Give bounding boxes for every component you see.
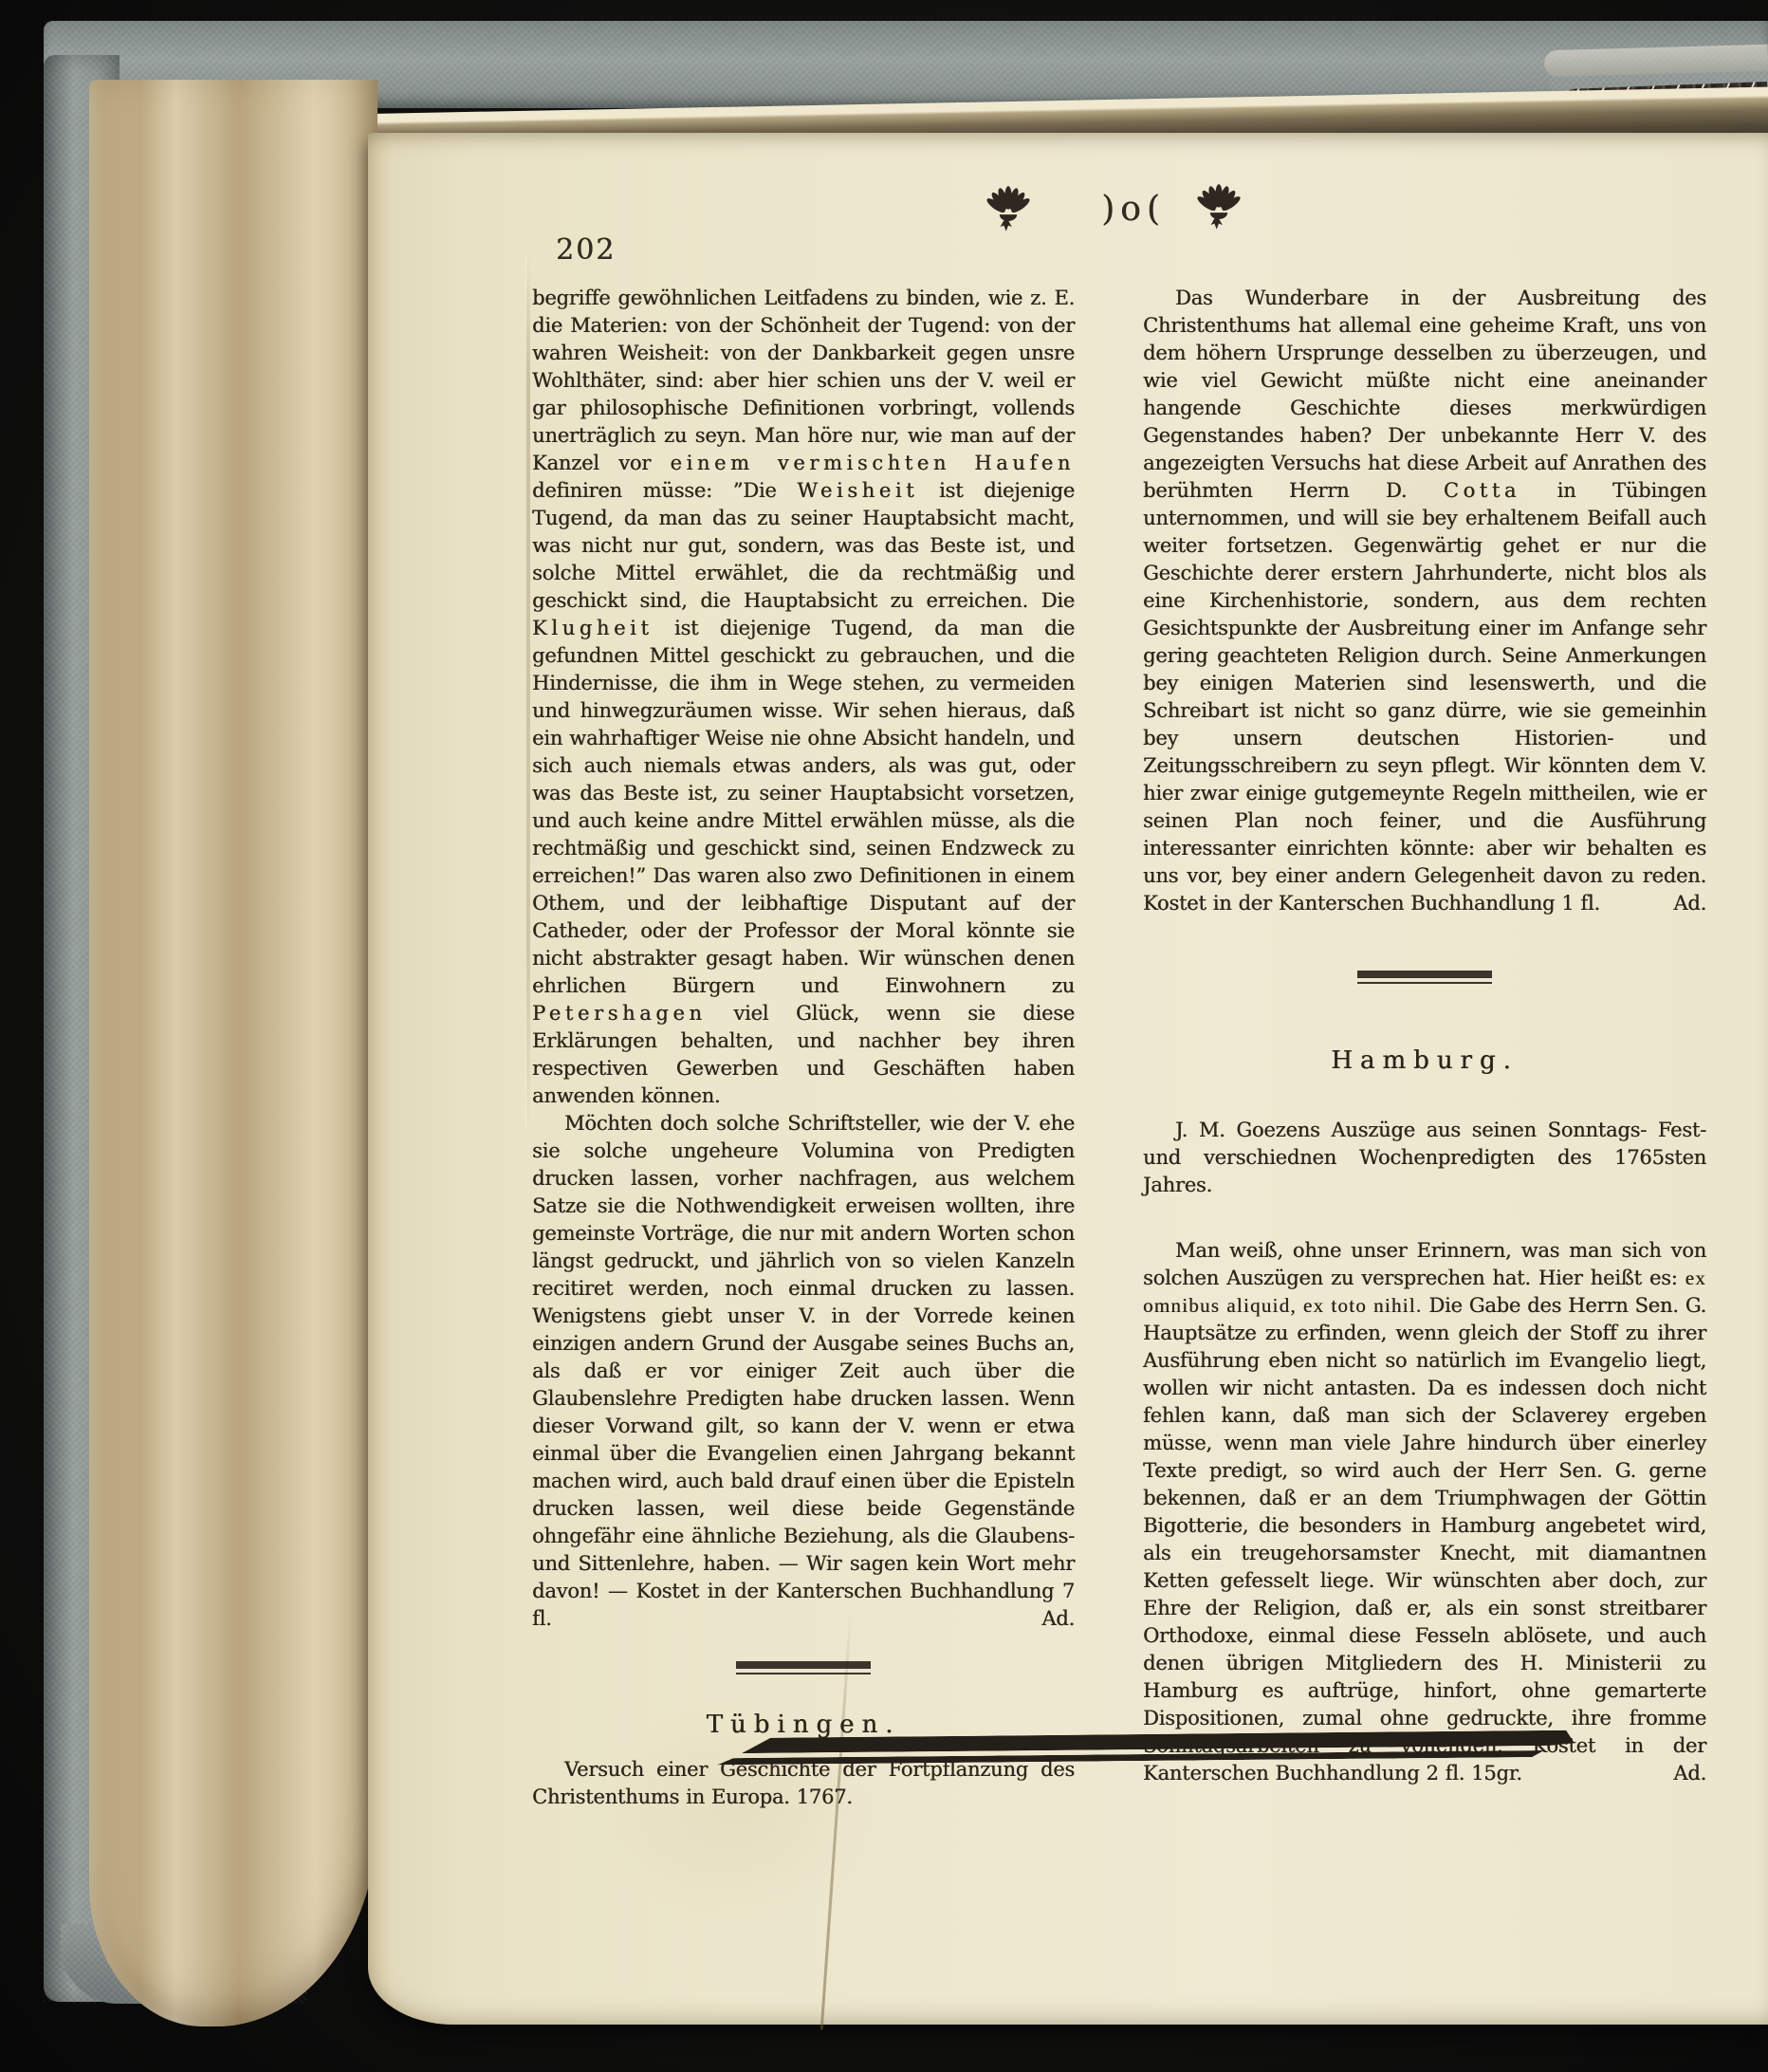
emphasized-text-run: Petershagen (532, 1002, 707, 1025)
text-paragraph: Möchten doch solche Schriftsteller, wie … (532, 1110, 1075, 1633)
text-run: definiren müsse: ”Die (532, 479, 797, 502)
text-paragraph: begriffe gewöhnlichen Leitfadens zu bind… (532, 285, 1075, 1110)
shell-fleuron-icon (1197, 182, 1241, 237)
section-divider-rule (1357, 971, 1492, 984)
emphasized-text-run: Cotta (1444, 479, 1520, 502)
text-run: in Tübingen unternommen, und will sie be… (1143, 479, 1706, 915)
book-photo-scene: 202 )o( (0, 0, 1768, 2072)
text-run: J. M. Goezens Auszüge aus seinen Sonntag… (1143, 1119, 1706, 1196)
left-text-column: begriffe gewöhnlichen Leitfadens zu bind… (532, 285, 1075, 1811)
text-run: Das Wunderbare in der Ausbreitung des Ch… (1143, 287, 1706, 502)
rule-thin-bar (717, 1750, 1544, 1765)
text-run: ist diejenige Tugend, da man die gefundn… (532, 617, 1075, 997)
text-paragraph: Man weiß, ohne unser Erinnern, was man s… (1143, 1237, 1706, 1787)
text-run: Die Gabe des Herrn Sen. G. Hauptsätze zu… (1143, 1294, 1706, 1785)
emphasized-text-run: Klugheit (532, 617, 653, 639)
page-stack-fore-edges (89, 80, 378, 2026)
reviewer-initials: Ad. (1641, 1760, 1706, 1787)
right-text-column: Das Wunderbare in der Ausbreitung des Ch… (1143, 285, 1706, 1787)
emphasized-text-run: einem vermischten Haufen (670, 452, 1075, 474)
section-divider-rule (736, 1661, 871, 1674)
paper-crease (525, 256, 530, 1129)
text-run: Möchten doch solche Schriftsteller, wie … (532, 1112, 1075, 1630)
text-run: Man weiß, ohne unser Erinnern, was man s… (1143, 1239, 1706, 1289)
text-paragraph: J. M. Goezens Auszüge aus seinen Sonntag… (1143, 1117, 1706, 1199)
shell-fleuron-icon (986, 184, 1030, 239)
reviewer-initials: Ad. (1641, 890, 1706, 917)
signature-mark: )o( (1081, 190, 1186, 229)
book-page: 202 )o( (368, 133, 1768, 2025)
section-heading: Tübingen. (532, 1711, 1075, 1739)
text-run: begriffe gewöhnlichen Leitfadens zu bind… (532, 287, 1075, 474)
section-heading: Hamburg. (1143, 1046, 1706, 1075)
text-paragraph: Das Wunderbare in der Ausbreitung des Ch… (1143, 285, 1706, 917)
reviewer-initials: Ad. (1009, 1605, 1075, 1633)
page-number: 202 (556, 233, 616, 267)
emphasized-text-run: Weisheit (797, 479, 918, 502)
